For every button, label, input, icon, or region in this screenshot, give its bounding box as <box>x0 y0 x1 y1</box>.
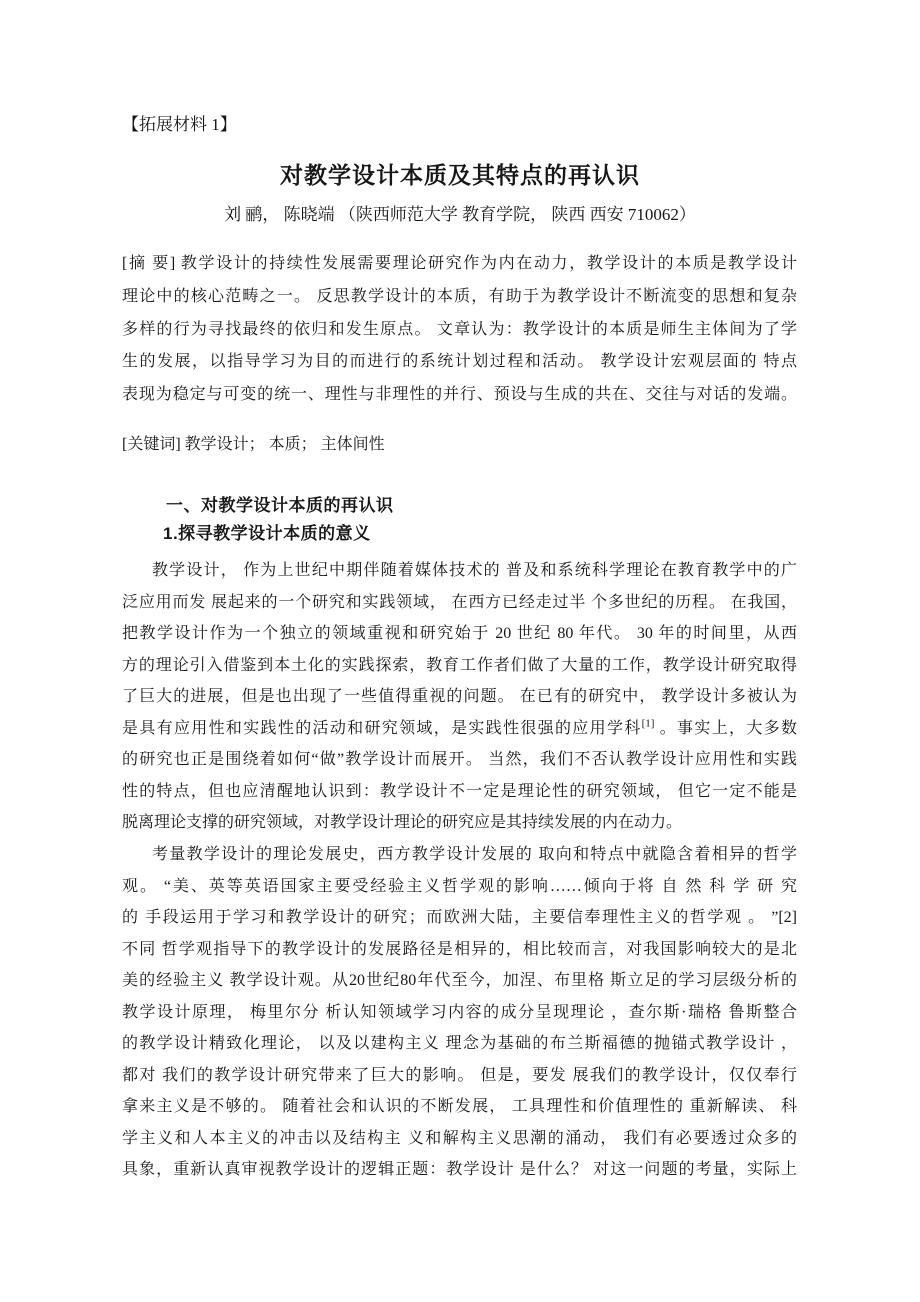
author-line: 刘 鹂， 陈晓端 （陕西师范大学 教育学院， 陕西 西安 710062） <box>0 203 920 227</box>
section-heading: 一、对教学设计本质的再认识 <box>166 496 394 516</box>
body-line: 教学设计原理， 梅里尔分 析认知领域学习内容的成分呈现理论 ，查尔斯·瑞格 鲁斯… <box>122 997 797 1029</box>
body-line: 的教学设计精致化理论， 以及以建构主义 理念为基础的布兰斯福德的抛锚式教学设计 … <box>122 1028 797 1060</box>
body-line: 的 手段运用于学习和教学设计的研究；而欧洲大陆，主要信奉理性主义的哲学观 。 ”… <box>122 902 797 934</box>
body-line: 都对 我们的教学设计研究带来了巨大的影响。 但是，要发 展我们的教学设计，仅仅奉… <box>122 1060 797 1092</box>
body-line: 方的理论引入借鉴到本土化的实践探索，教育工作者们做了大量的工作，教学设计研究取得 <box>122 650 797 682</box>
body-line: 具象，重新认真审视教学设计的逻辑正题：教学设计 是什么？ 对这一问题的考量，实际… <box>122 1154 797 1186</box>
abstract-line: [摘 要] 教学设计的持续性发展需要理论研究作为内在动力，教学设计的本质是教学设… <box>122 248 797 281</box>
body-line: 教学设计， 作为上世纪中期伴随着媒体技术的 普及和系统科学理论在教育教学中的广 <box>122 555 797 587</box>
article-title: 对教学设计本质及其特点的再认识 <box>0 160 920 191</box>
abstract-line: 表现为稳定与可变的统一、理性与非理性的并行、预设与生成的共在、交往与对话的发端。 <box>122 379 797 412</box>
document-page: 【拓展材料 1】 对教学设计本质及其特点的再认识 刘 鹂， 陈晓端 （陕西师范大… <box>0 0 920 1302</box>
abstract-paragraph: [摘 要] 教学设计的持续性发展需要理论研究作为内在动力，教学设计的本质是教学设… <box>122 248 797 412</box>
abstract-line: 理论中的核心范畴之一。 反思教学设计的本质，有助于为教学设计不断流变的思想和复杂 <box>122 281 797 314</box>
body-line: 的研究也正是围绕着如何“做”教学设计而展开。 当然，我们不否认教学设计应用性和实… <box>122 744 797 776</box>
body-line: 把教学设计作为一个独立的领域重视和研究始于 20 世纪 80 年代。 30 年的… <box>122 618 797 650</box>
keywords-line: [关键词] 教学设计； 本质； 主体间性 <box>122 434 385 456</box>
body-line-with-footnote: 是具有应用性和实践性的活动和研究领域，是实践性很强的应用学科[1] 。事实上，大… <box>122 713 797 745</box>
footnote-ref-1: [1] <box>642 717 655 729</box>
banner-label: 【拓展材料 1】 <box>122 114 237 136</box>
body-line: 性的特点，但也应清醒地认识到：教学设计不一定是理论性的研究领域， 但它一定不能是 <box>122 776 797 808</box>
body-line: 拿来主义是不够的。 随着社会和认识的不断发展， 工具理性和价值理性的 重新解读、… <box>122 1091 797 1123</box>
footnote-pre-text: 是具有应用性和实践性的活动和研究领域，是实践性很强的应用学科 <box>122 720 642 737</box>
body-paragraph-1: 教学设计， 作为上世纪中期伴随着媒体技术的 普及和系统科学理论在教育教学中的广 … <box>122 555 797 839</box>
body-line: 脱离理论支撑的研究领域，对教学设计理论的研究应是其持续发展的内在动力。 <box>122 807 797 839</box>
body-line: 泛应用而发 展起来的一个研究和实践领域， 在西方已经走过半 个多世纪的历程。 在… <box>122 587 797 619</box>
abstract-line: 多样的行为寻找最终的依归和发生原点。 文章认为：教学设计的本质是师生主体间为了学 <box>122 314 797 347</box>
footnote-post-text: 。事实上，大多数 <box>654 720 797 737</box>
body-line: 学主义和人本主义的冲击以及结构主 义和解构主义思潮的涌动， 我们有必要透过众多的 <box>122 1123 797 1155</box>
body-line: 观。 “美、英等英语国家主要受经验主义哲学观的影响……倾向于将 自 然 科 学 … <box>122 871 797 903</box>
body-line: 了巨大的进展，但是也出现了一些值得重视的问题。 在已有的研究中， 教学设计多被认… <box>122 681 797 713</box>
subsection-heading: 1.探寻教学设计本质的意义 <box>163 524 371 544</box>
body-line: 美的经验主义 教学设计观。从20世纪80年代至今，加涅、布里格 斯立足的学习层级… <box>122 965 797 997</box>
body-line: 不同 哲学观指导下的教学设计的发展路径是相异的，相比较而言，对我国影响较大的是北 <box>122 934 797 966</box>
body-line: 考量教学设计的理论发展史，西方教学设计发展的 取向和特点中就隐含着相异的哲学 <box>122 839 797 871</box>
abstract-line: 生的发展，以指导学习为目的而进行的系统计划过程和活动。 教学设计宏观层面的 特点 <box>122 346 797 379</box>
body-paragraph-2: 考量教学设计的理论发展史，西方教学设计发展的 取向和特点中就隐含着相异的哲学 观… <box>122 839 797 1186</box>
